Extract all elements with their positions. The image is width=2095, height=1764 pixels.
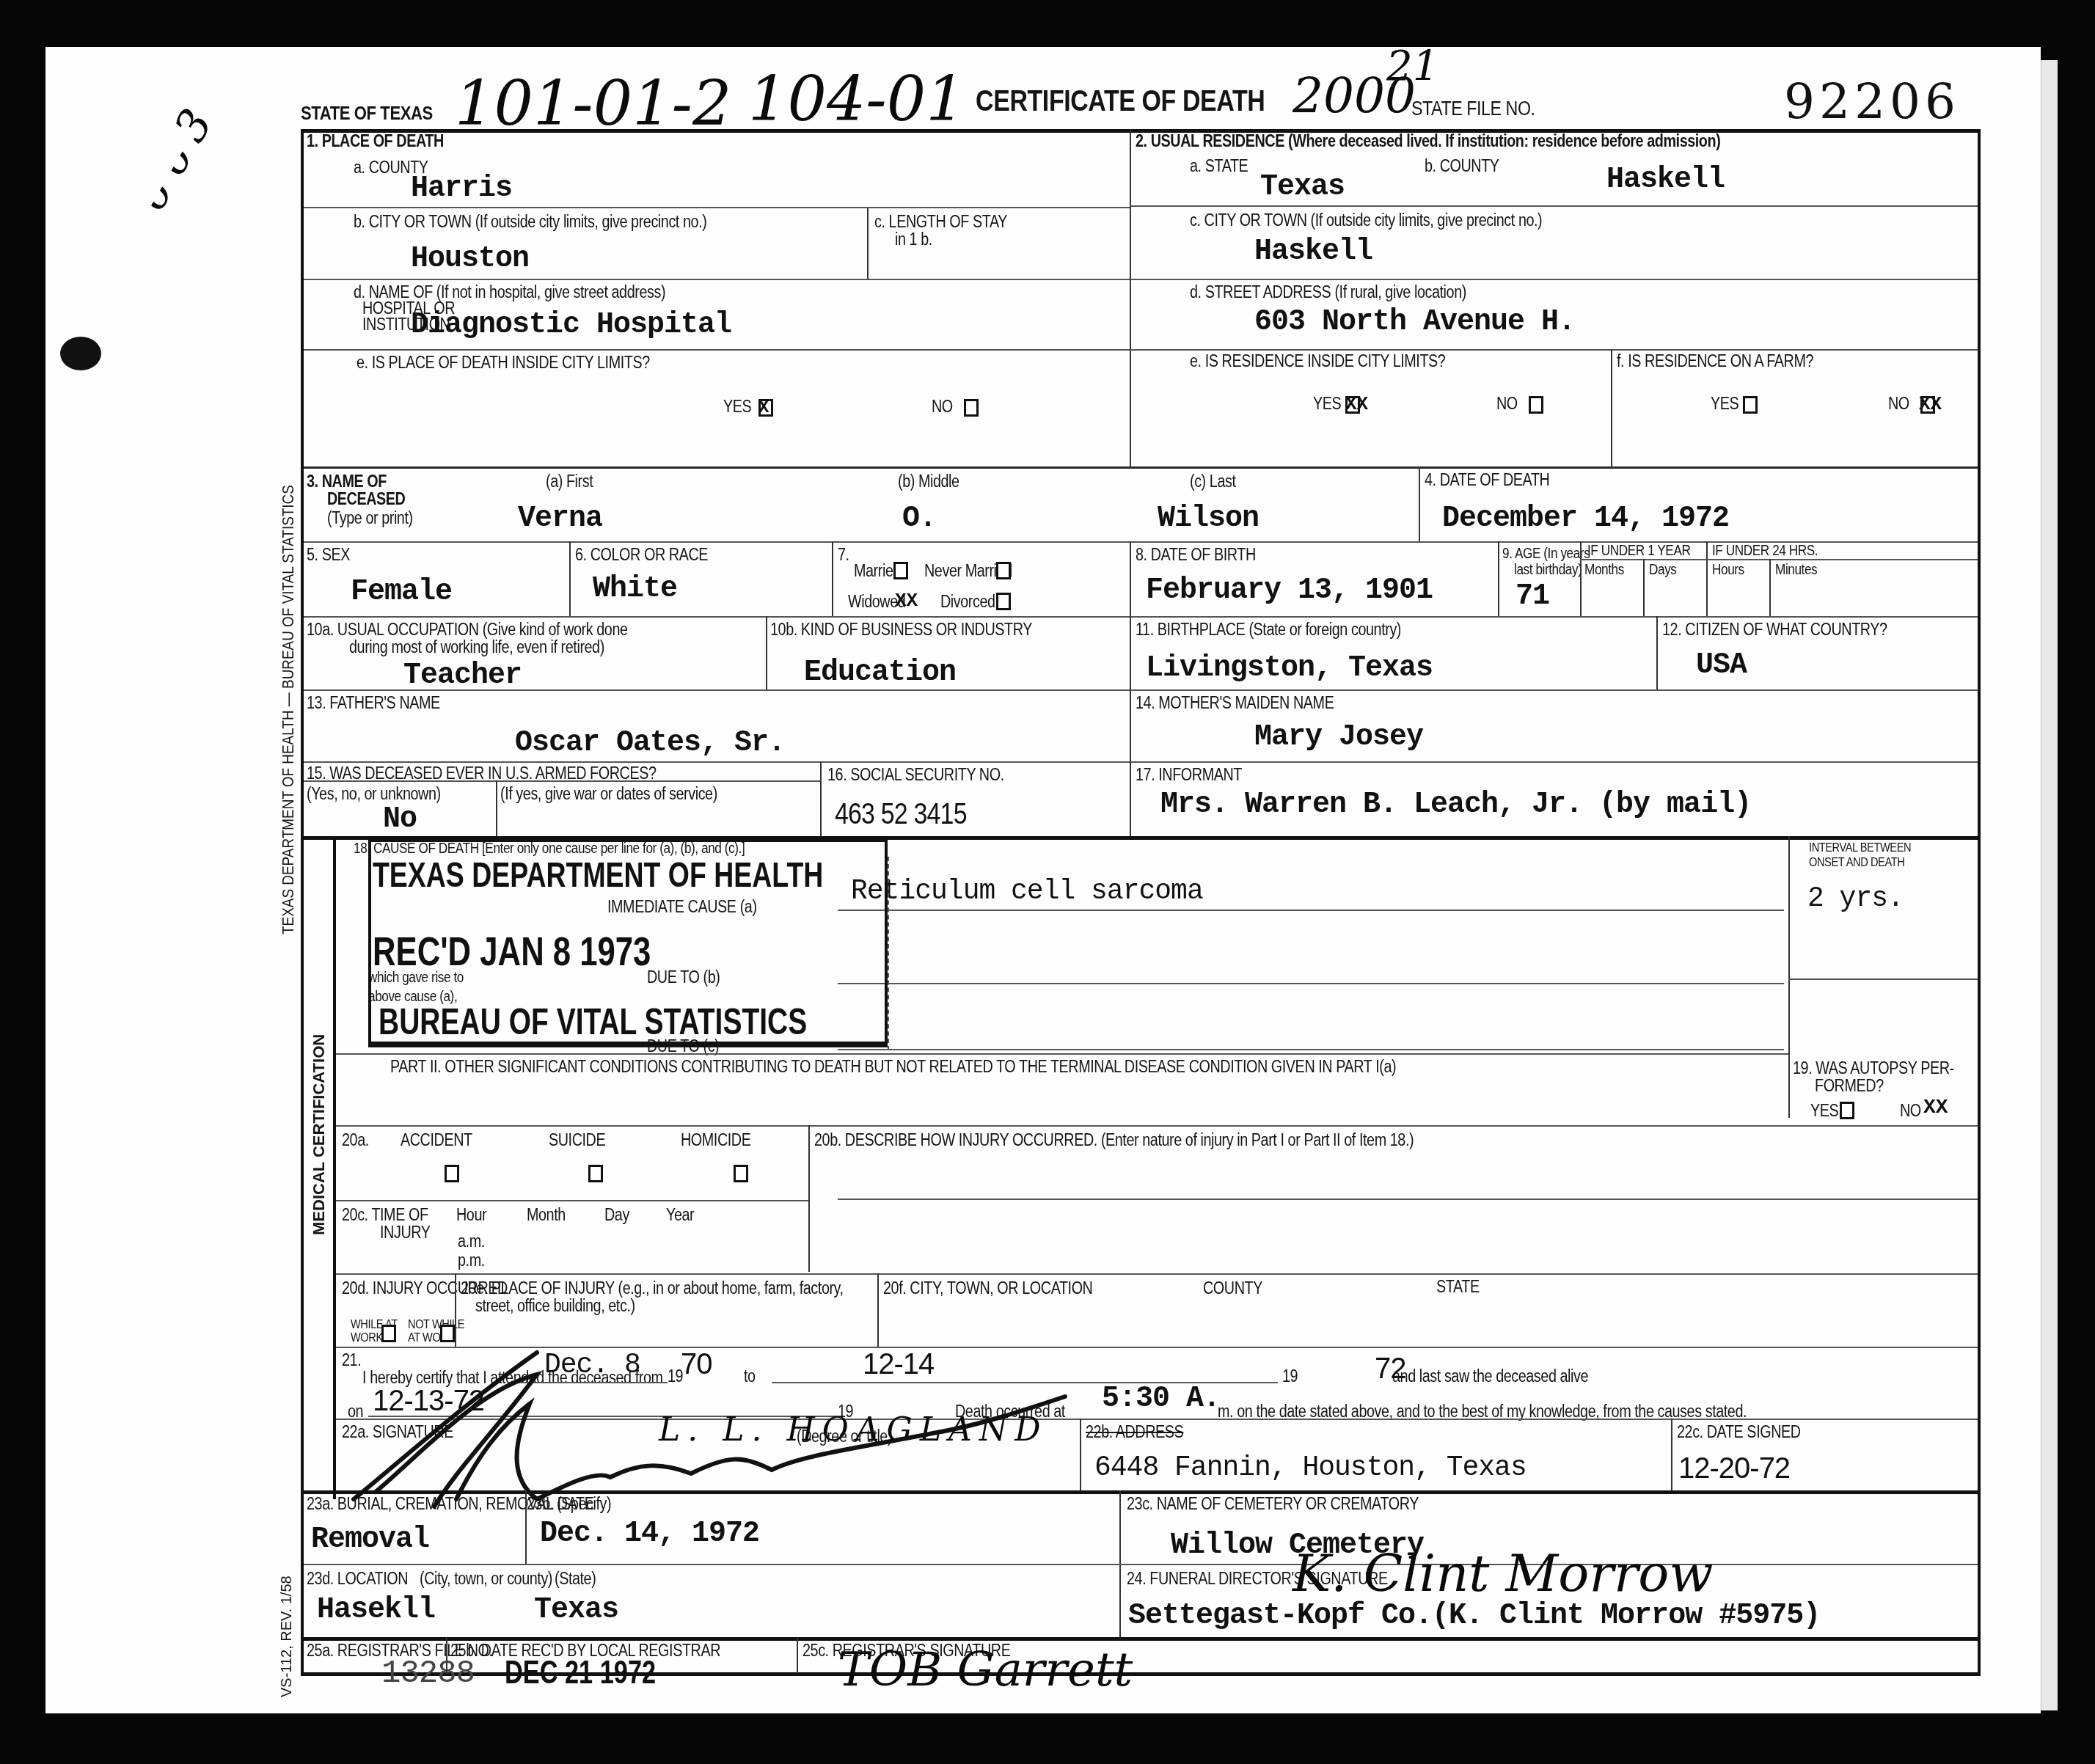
sub-row-line — [1580, 559, 1978, 560]
col-line — [1656, 616, 1658, 689]
physician-signature — [346, 1345, 1080, 1514]
place-of-death-label: 1. PLACE OF DEATH — [307, 132, 444, 150]
side-medical-certification: MEDICAL CERTIFICATION — [310, 1034, 329, 1235]
state-label: STATE OF TEXAS — [301, 104, 433, 122]
month-label: Month — [527, 1206, 566, 1224]
injury-type-label: 20a. — [342, 1131, 369, 1149]
row-line — [304, 207, 1130, 208]
describe-injury-label: 20b. DESCRIBE HOW INJURY OCCURRED. (Ente… — [814, 1131, 1414, 1149]
col-line — [832, 541, 833, 616]
certificate-title: CERTIFICATE OF DEATH — [976, 85, 1265, 117]
row-line — [336, 1200, 808, 1201]
col-line — [1611, 349, 1612, 466]
cause-line-a — [838, 910, 1784, 911]
death-certificate-sheet: ᴗ ᴗ 3 STATE OF TEXAS 101-01-2 104-01 CER… — [45, 47, 2041, 1713]
age-value: 71 — [1516, 581, 1549, 613]
inside-limits-no-label: NO — [932, 398, 953, 416]
col-line — [446, 1637, 447, 1674]
married-checkbox[interactable] — [893, 562, 908, 579]
time-of-injury-label: 20c. TIME OF — [342, 1206, 428, 1224]
months-label: Months — [1584, 562, 1624, 578]
row-line — [304, 466, 1978, 469]
name-label-3: (Type or print) — [327, 509, 413, 527]
disposition-date-value: Dec. 14, 1972 — [540, 1518, 759, 1551]
res-farm-yes-checkbox[interactable] — [1743, 396, 1758, 414]
cause-line-b — [838, 983, 1784, 984]
dob-value: February 13, 1901 — [1146, 575, 1433, 607]
col-line — [877, 1273, 879, 1347]
death-time-value: 5:30 A. — [1102, 1383, 1220, 1416]
age-label: 9. AGE (In years — [1502, 546, 1590, 562]
inside-limits-yes-mark: X — [758, 398, 769, 420]
res-city-label: c. CITY OR TOWN (If outside city limits,… — [1190, 211, 1542, 230]
accident-checkbox[interactable] — [445, 1165, 459, 1182]
col-line — [1080, 1419, 1081, 1490]
ssn-value: 463 52 3415 — [835, 798, 967, 830]
medical-frame-left — [333, 839, 336, 1499]
margin-handwriting: ᴗ ᴗ 3 — [124, 100, 223, 221]
sex-label: 5. SEX — [307, 546, 350, 564]
col-line — [766, 616, 767, 689]
col-line — [1130, 541, 1131, 616]
col-line — [1769, 559, 1771, 616]
homicide-label: HOMICIDE — [681, 1131, 750, 1149]
industry-label: 10b. KIND OF BUSINESS OR INDUSTRY — [770, 621, 1032, 639]
interval-label-2: ONSET AND DEATH — [1809, 855, 1904, 869]
res-state-value: Texas — [1260, 172, 1345, 204]
part2-label: PART II. OTHER SIGNIFICANT CONDITIONS CO… — [390, 1058, 1396, 1076]
res-inside-no-checkbox[interactable] — [1529, 396, 1543, 414]
armed-dates-label: (If yes, give war or dates of service) — [500, 785, 717, 803]
interval-line — [1788, 978, 1978, 980]
length-of-stay-label-2: in 1 b. — [895, 230, 932, 249]
registrar-date-stamp: DEC 21 1972 — [505, 1655, 656, 1691]
cause-line-c — [838, 1049, 1784, 1050]
col-line — [1130, 689, 1131, 763]
row-line — [304, 761, 1978, 763]
col-line — [808, 1125, 810, 1272]
day-label: Day — [604, 1206, 629, 1224]
underlying-sheet-edge — [2039, 60, 2058, 1710]
handwritten-code-2: 104-01 — [748, 63, 965, 135]
inside-limits-no-checkbox[interactable] — [964, 399, 979, 417]
never-married-checkbox[interactable] — [996, 562, 1011, 579]
inside-limits-yes-label: YES — [723, 398, 751, 416]
state-file-number: 92206 — [1784, 76, 1960, 128]
divorced-label: Divorced — [940, 593, 995, 611]
hour-label: Hour — [456, 1206, 486, 1224]
row-line — [304, 689, 1978, 691]
citizen-label: 12. CITIZEN OF WHAT COUNTRY? — [1662, 621, 1887, 639]
birthplace-label: 11. BIRTHPLACE (State or foreign country… — [1136, 621, 1401, 639]
minutes-label: Minutes — [1775, 562, 1817, 578]
to-year-prefix: 19 — [1282, 1367, 1298, 1386]
am-label: a.m. — [458, 1232, 485, 1251]
res-farm-label: f. IS RESIDENCE ON A FARM? — [1617, 352, 1813, 370]
last-name-label: (c) Last — [1190, 472, 1236, 491]
col-line — [1643, 559, 1645, 616]
side-form-id: VS-112, REV. 1/58 — [279, 1575, 296, 1697]
certification-text-2: and last saw the deceased alive — [1392, 1367, 1588, 1386]
location-state-value: Texas — [534, 1595, 618, 1627]
registrar-file-value: 13288 — [381, 1658, 475, 1690]
frame-left — [301, 129, 304, 1675]
state-file-label: STATE FILE NO. — [1411, 100, 1535, 118]
row-line — [304, 616, 1978, 618]
days-label: Days — [1649, 562, 1676, 578]
name-label-2: DECEASED — [327, 490, 405, 508]
mother-value: Mary Josey — [1254, 722, 1423, 754]
col-line — [496, 780, 497, 836]
homicide-checkbox[interactable] — [734, 1165, 748, 1182]
interval-value: 2 yrs. — [1807, 883, 1904, 915]
punch-hole-mark — [60, 337, 101, 370]
race-value: White — [593, 574, 677, 606]
injury-state-label: STATE — [1436, 1278, 1480, 1296]
res-county-value: Haskell — [1606, 164, 1725, 197]
informant-label: 17. INFORMANT — [1136, 766, 1242, 784]
res-inside-no-label: NO — [1496, 395, 1518, 413]
sex-value: Female — [351, 577, 452, 609]
autopsy-no-label: NO — [1900, 1102, 1921, 1120]
location-label: 23d. LOCATION — [307, 1570, 408, 1588]
cemetery-label: 23c. NAME OF CEMETERY OR CREMATORY — [1127, 1495, 1419, 1513]
birthplace-value: Livingston, Texas — [1146, 653, 1433, 685]
divider-place-residence — [1130, 129, 1131, 466]
autopsy-no-mark[interactable]: XX — [1923, 1097, 1948, 1119]
res-inside-limits-label: e. IS RESIDENCE INSIDE CITY LIMITS? — [1190, 352, 1445, 370]
cause-divider — [888, 857, 891, 1050]
registrar-signature: TOB Garrett — [838, 1643, 1133, 1697]
col-line — [1130, 761, 1131, 836]
res-city-value: Haskell — [1254, 236, 1372, 268]
row-line — [336, 1273, 1978, 1275]
first-name-value: Verna — [518, 503, 602, 535]
armed-forces-value: No — [383, 804, 417, 836]
informant-value: Mrs. Warren B. Leach, Jr. (by mail) — [1160, 789, 1751, 821]
res-farm-no-mark: XX — [1919, 393, 1942, 415]
accident-label: ACCIDENT — [401, 1131, 472, 1149]
pm-label: p.m. — [458, 1251, 485, 1270]
row-line — [336, 1125, 1978, 1127]
inside-city-limits-label: e. IS PLACE OF DEATH INSIDE CITY LIMITS? — [357, 354, 650, 372]
disposition-date-label: 23b. DATE — [527, 1495, 593, 1513]
col-line — [797, 1637, 798, 1674]
city-value: Houston — [411, 244, 529, 276]
frame-right — [1978, 129, 1981, 1675]
stamp-received-date: REC'D JAN 8 1973 — [373, 927, 651, 975]
stamp-bureau: BUREAU OF VITAL STATISTICS — [379, 1000, 807, 1043]
col-line — [455, 1273, 456, 1347]
col-line — [1671, 1419, 1672, 1490]
date-signed-label: 22c. DATE SIGNED — [1677, 1423, 1801, 1441]
funeral-home-value: Settegast-Kopf Co.(K. Clint Morrow #5975… — [1128, 1600, 1820, 1633]
address-label: 22b. ADDRESS — [1086, 1423, 1183, 1441]
first-name-label: (a) First — [546, 472, 593, 491]
citizen-value: USA — [1696, 650, 1747, 682]
father-label: 13. FATHER'S NAME — [307, 694, 440, 712]
col-line — [569, 541, 571, 616]
location-state-label: (State) — [555, 1570, 596, 1588]
disposition-value: Removal — [311, 1524, 429, 1556]
res-street-label: d. STREET ADDRESS (If rural, give locati… — [1190, 283, 1466, 301]
middle-name-label: (b) Middle — [898, 472, 959, 491]
father-value: Oscar Oates, Sr. — [515, 728, 785, 760]
interval-label: INTERVAL BETWEEN — [1809, 841, 1911, 854]
col-line — [1706, 541, 1708, 616]
describe-line — [838, 1198, 1978, 1200]
row-line — [1131, 205, 1978, 207]
while-at-work-checkbox[interactable] — [381, 1325, 396, 1342]
row-line — [304, 349, 1978, 351]
middle-name-value: O. — [902, 503, 936, 535]
mother-label: 14. MOTHER'S MAIDEN NAME — [1136, 694, 1334, 712]
handwritten-code-4: 21 — [1386, 43, 1438, 90]
col-line — [1580, 541, 1582, 616]
name-label: 3. NAME OF — [307, 472, 387, 491]
suicide-checkbox[interactable] — [588, 1165, 603, 1182]
under-24-hrs-label: IF UNDER 24 HRS. — [1712, 543, 1818, 559]
date-of-death-label: 4. DATE OF DEATH — [1425, 471, 1549, 489]
autopsy-label-2: FORMED? — [1815, 1077, 1884, 1095]
hospital-value: Diagnostic Hospital — [411, 310, 731, 342]
divorced-checkbox[interactable] — [996, 593, 1011, 610]
occupation-value: Teacher — [403, 660, 522, 692]
row-line — [1131, 279, 1978, 280]
under-1-year-label: IF UNDER 1 YEAR — [1587, 543, 1690, 559]
sub-row-line — [304, 780, 820, 782]
res-farm-yes-label: YES — [1711, 395, 1738, 413]
col-line — [1419, 466, 1420, 543]
immediate-cause-value: Reticulum cell sarcoma — [851, 876, 1203, 908]
col-line — [1498, 541, 1499, 616]
last-name-value: Wilson — [1158, 503, 1259, 535]
not-while-at-work-checkbox[interactable] — [440, 1325, 455, 1342]
widowed-mark[interactable]: XX — [895, 590, 918, 612]
while-at-work-label-2: WORK — [351, 1331, 383, 1344]
date-signed-value: 12-20-72 — [1678, 1452, 1790, 1485]
hours-label: Hours — [1712, 562, 1744, 578]
physician-address: 6448 Fannin, Houston, Texas — [1094, 1452, 1527, 1485]
year-label: Year — [666, 1206, 694, 1224]
place-of-injury-label-2: street, office building, etc.) — [475, 1297, 635, 1315]
usual-residence-label: 2. USUAL RESIDENCE (Where deceased lived… — [1136, 132, 1720, 150]
city-county-label: (City, town, or county) — [420, 1570, 552, 1588]
time-of-injury-label-2: INJURY — [380, 1223, 431, 1242]
res-state-label: a. STATE — [1190, 157, 1248, 175]
age-label-2: last birthday) — [1514, 562, 1582, 578]
side-department-text: TEXAS DEPARTMENT OF HEALTH — BUREAU OF V… — [279, 485, 298, 934]
row-line — [304, 279, 1130, 280]
res-inside-yes-mark: XX — [1345, 393, 1368, 415]
autopsy-label: 19. WAS AUTOPSY PER- — [1793, 1059, 1954, 1077]
city-label: b. CITY OR TOWN (If outside city limits,… — [354, 213, 706, 231]
part1-bottom-line — [336, 1053, 1788, 1055]
res-county-label: b. COUNTY — [1425, 157, 1499, 175]
stamp-department: TEXAS DEPARTMENT OF HEALTH — [373, 855, 823, 896]
dob-label: 8. DATE OF BIRTH — [1136, 546, 1256, 564]
col-line — [820, 761, 822, 836]
col-line — [867, 208, 869, 279]
industry-value: Education — [804, 657, 956, 689]
armed-yn-label: (Yes, no, or unknown) — [307, 785, 441, 803]
suicide-label: SUICIDE — [549, 1131, 605, 1149]
date-of-death-value: December 14, 1972 — [1442, 503, 1729, 535]
res-inside-yes-label: YES — [1313, 395, 1341, 413]
location-city-value: Hasekll — [317, 1595, 435, 1627]
autopsy-yes-label: YES — [1810, 1102, 1838, 1120]
ssn-label: 16. SOCIAL SECURITY NO. — [827, 766, 1004, 784]
autopsy-yes-checkbox[interactable] — [1840, 1102, 1854, 1119]
row-line — [304, 1564, 1978, 1565]
length-of-stay-label: c. LENGTH OF STAY — [874, 213, 1007, 231]
funeral-director-signature: K. Clint Morrow — [1293, 1543, 1713, 1603]
occupation-label-2: during most of working life, even if ret… — [349, 638, 604, 656]
interval-divider — [1788, 836, 1790, 1118]
race-label: 6. COLOR OR RACE — [575, 546, 708, 564]
res-farm-no-label: NO — [1888, 395, 1909, 413]
marital-label: 7. — [838, 546, 849, 564]
injury-county-label: COUNTY — [1203, 1279, 1262, 1298]
col-line — [1130, 616, 1131, 689]
res-street-value: 603 North Avenue H. — [1254, 307, 1575, 339]
injury-location-label: 20f. CITY, TOWN, OR LOCATION — [883, 1279, 1092, 1298]
occupation-label: 10a. USUAL OCCUPATION (Give kind of work… — [307, 621, 628, 639]
county-value: Harris — [411, 173, 512, 205]
place-of-injury-label: 20e. PLACE OF INJURY (e.g., in or about … — [461, 1279, 844, 1298]
